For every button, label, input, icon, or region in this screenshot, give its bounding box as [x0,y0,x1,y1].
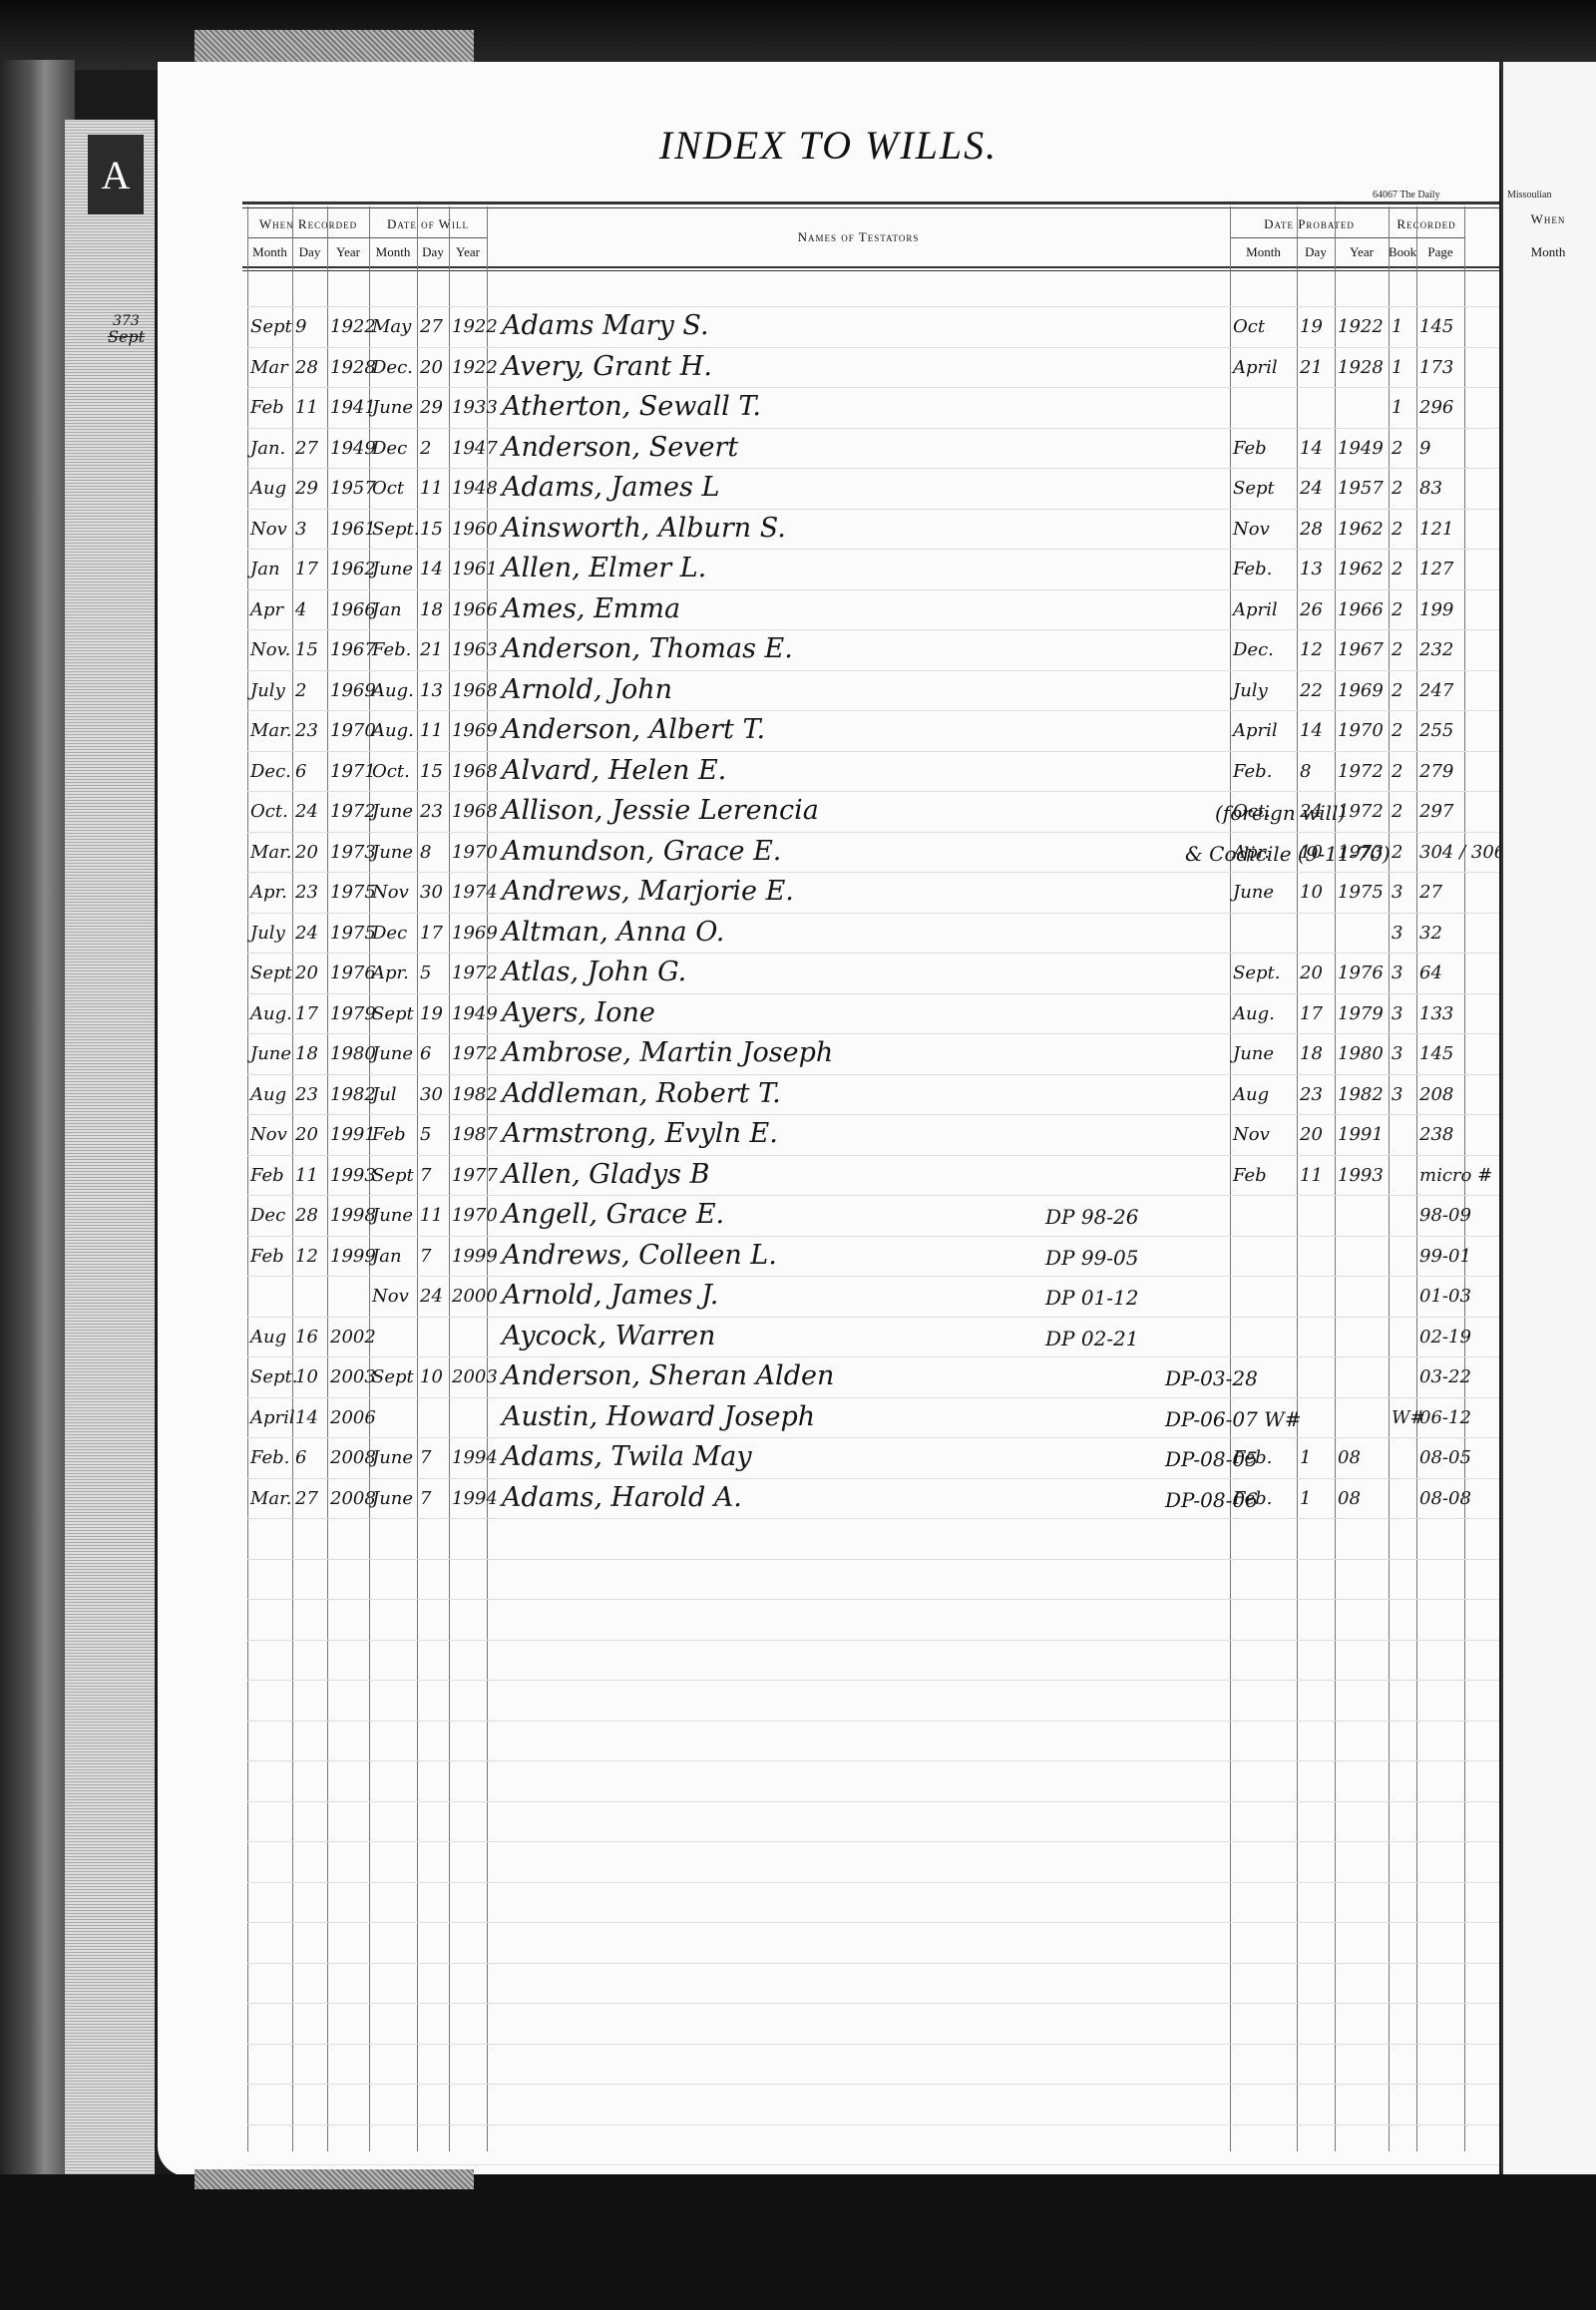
testator-name: Allison, Jessie Lerencia [502,795,819,826]
probated-month: Apr. [1233,842,1270,863]
ruled-line [247,1680,1499,1681]
recorded-month: April [250,1407,295,1428]
printer-mark: 64067 The Daily [1373,190,1440,200]
binding-band-bottom [195,2169,474,2189]
recorded-month: Jan. [250,438,285,459]
probated-year: 1972 [1338,761,1384,782]
header-month-right: Month [1503,244,1593,260]
testator-name: Altman, Anna O. [502,917,724,948]
recorded-month: Aug [250,478,286,499]
recorded-page: 02-19 [1419,1327,1471,1347]
will-month: June [372,842,413,863]
testator-name: Atlas, John G. [502,957,686,987]
recorded-month: Apr. [250,882,287,903]
header-willD-day: Day [417,244,449,260]
will-day: 14 [420,559,443,579]
entry-note: DP 02-21 [1045,1327,1139,1350]
recorded-book: 2 [1392,680,1402,701]
probated-month: Oct [1233,316,1265,337]
recorded-year: 2002 [330,1327,376,1347]
probated-month: Sept [1233,478,1275,499]
will-year: 1922 [452,357,498,378]
recorded-day: 6 [295,1447,306,1468]
recorded-book: 3 [1392,1084,1402,1105]
ruled-line [247,1559,1499,1560]
recorded-year: 1998 [330,1205,376,1226]
testator-name: Anderson, Sheran Alden [502,1360,834,1391]
recorded-day: 23 [295,720,318,741]
will-day: 8 [420,842,431,863]
header-willY-year: Year [449,244,487,260]
ruled-line [247,1760,1499,1761]
recorded-page: 296 [1419,397,1453,418]
recorded-page: 03-22 [1419,1366,1471,1387]
ruled-line [247,1437,1499,1438]
ruled-line [247,1356,1499,1357]
ruled-line [247,1074,1499,1075]
will-month: June [372,1205,413,1226]
entry-note: DP 98-26 [1045,1205,1139,1229]
recorded-page: 08-08 [1419,1488,1471,1509]
probated-year: 1966 [1338,599,1384,620]
probated-month: Nov [1233,1124,1270,1145]
recorded-page: 208 [1419,1084,1453,1105]
recorded-page: 99-01 [1419,1246,1471,1267]
will-month: Jan [372,1246,402,1267]
recorded-page: 121 [1419,519,1453,540]
probated-day: 24 [1300,801,1323,822]
ruled-line [247,2084,1499,2085]
recorded-year: 1993 [330,1165,376,1186]
recorded-page: 9 [1419,438,1430,459]
probated-month: Feb [1233,438,1267,459]
probated-year: 1975 [1338,882,1384,903]
probated-month: Nov [1233,519,1270,540]
will-month: Sept [372,1366,414,1387]
recorded-month: Nov. [250,639,290,660]
will-day: 7 [420,1246,431,1267]
probated-day: 14 [1300,720,1323,741]
will-day: 11 [420,720,443,741]
entry-note: DP 01-12 [1045,1286,1139,1310]
recorded-page: 145 [1419,316,1453,337]
will-day: 27 [420,316,443,337]
ruled-line [247,589,1499,590]
testator-name: Armstrong, Evyln E. [502,1118,778,1149]
will-month: Jan [372,599,402,620]
will-year: 1982 [452,1084,498,1105]
recorded-day: 10 [295,1366,318,1387]
header-bottom-rule-thin [242,270,1499,271]
column-divider [247,206,248,2151]
header-names-of-testators: Names of Testators [487,229,1230,245]
recorded-month: Nov [250,1124,287,1145]
recorded-book: 3 [1392,1043,1402,1064]
column-divider [292,206,293,2151]
recorded-month: Nov [250,519,287,540]
recorded-day: 2 [295,680,306,701]
recorded-page: 145 [1419,1043,1453,1064]
probated-year: 1969 [1338,680,1384,701]
ruled-line [247,1640,1499,1641]
probated-day: 10 [1300,882,1323,903]
will-year: 1961 [452,559,498,579]
recorded-page: 27 [1419,882,1442,903]
recorded-year: 1941 [330,397,376,418]
recorded-book: 1 [1392,316,1402,337]
probated-day: 23 [1300,1084,1323,1105]
testator-name: Adams Mary S. [502,310,709,341]
recorded-page: 08-05 [1419,1447,1471,1468]
probated-year: 08 [1338,1488,1361,1509]
probated-year: 1962 [1338,519,1384,540]
recorded-page: 06-12 [1419,1407,1471,1428]
recorded-year: 2003 [330,1366,376,1387]
will-day: 11 [420,478,443,499]
recorded-month: Feb [250,1246,284,1267]
probated-year: 1991 [1338,1124,1384,1145]
recorded-month: Oct. [250,801,288,822]
will-month: Nov [372,882,409,903]
will-day: 29 [420,397,443,418]
recorded-year: 1949 [330,438,376,459]
will-day: 30 [420,1084,443,1105]
recorded-book: 1 [1392,357,1402,378]
recorded-month: Apr [250,599,283,620]
recorded-year: 1975 [330,923,376,944]
recorded-day: 23 [295,1084,318,1105]
header-probY-year: Year [1335,244,1389,260]
recorded-month: Mar. [250,720,292,741]
probated-year: 1970 [1338,720,1384,741]
recorded-month: Aug [250,1327,286,1347]
testator-name: Atherton, Sewall T. [502,391,761,422]
recorded-day: 17 [295,559,318,579]
will-day: 17 [420,923,443,944]
recorded-book: 2 [1392,559,1402,579]
ruled-line [247,1518,1499,1519]
will-day: 5 [420,962,431,983]
ruled-line [247,913,1499,914]
entry-note: DP 99-05 [1045,1246,1139,1270]
recorded-page: 247 [1419,680,1453,701]
recorded-year: 1967 [330,639,376,660]
will-month: Dec. [372,357,413,378]
will-year: 1922 [452,316,498,337]
recorded-year: 1922 [330,316,376,337]
will-month: May [372,316,411,337]
header-probD-day: Day [1297,244,1335,260]
ruled-line [247,872,1499,873]
ruled-line [247,1922,1499,1923]
recorded-month: Mar [250,357,288,378]
ruled-line [247,832,1499,833]
testator-name: Ambrose, Martin Joseph [502,1037,833,1068]
will-year: 2003 [452,1366,498,1387]
will-year: 1969 [452,720,498,741]
column-divider [1230,206,1231,2151]
recorded-page: 83 [1419,478,1442,499]
will-month: Oct [372,478,404,499]
recorded-month: July [250,680,285,701]
will-month: Nov [372,1286,409,1307]
recorded-month: Feb [250,1165,284,1186]
column-divider [1297,206,1298,2151]
testator-name: Ayers, Ione [502,997,655,1028]
ruled-line [247,1155,1499,1156]
column-divider [1389,206,1390,2151]
will-year: 1970 [452,842,498,863]
testator-name: Anderson, Thomas E. [502,633,793,664]
recorded-page: 173 [1419,357,1453,378]
recorded-page: 304 / 306 [1419,842,1505,863]
recorded-book: 1 [1392,397,1402,418]
recorded-page: 297 [1419,801,1453,822]
will-day: 21 [420,639,443,660]
probated-day: 28 [1300,519,1323,540]
will-year: 1968 [452,801,498,822]
testator-name: Addleman, Robert T. [502,1078,781,1109]
recorded-year: 1971 [330,761,376,782]
recorded-book: 3 [1392,882,1402,903]
will-year: 1949 [452,1003,498,1024]
will-month: Apr. [372,962,409,983]
index-tab-letter[interactable]: A [88,135,144,214]
ruled-line [247,1963,1499,1964]
will-month: Aug. [372,680,414,701]
probated-month: June [1233,1043,1274,1064]
probated-day: 10 [1300,842,1323,863]
recorded-month: Jan [250,559,280,579]
recorded-year: 1980 [330,1043,376,1064]
will-year: 1947 [452,438,498,459]
will-day: 15 [420,519,443,540]
probated-month: Dec. [1233,639,1274,660]
testator-name: Adams, Twila May [502,1441,752,1472]
recorded-month: Dec [250,1205,285,1226]
will-year: 1974 [452,882,498,903]
probated-day: 13 [1300,559,1323,579]
probated-year: 1922 [1338,316,1384,337]
ruled-line [247,1317,1499,1318]
probated-day: 21 [1300,357,1323,378]
probated-month: Aug. [1233,1003,1275,1024]
testator-name: Arnold, James J. [502,1280,718,1311]
recorded-day: 23 [295,882,318,903]
will-month: Jul [372,1084,397,1105]
ruled-line [247,791,1499,792]
recorded-day: 28 [295,1205,318,1226]
will-day: 5 [420,1124,431,1145]
will-year: 1966 [452,599,498,620]
will-month: June [372,801,413,822]
testator-name: Allen, Elmer L. [502,553,706,583]
recorded-month: Aug [250,1084,286,1105]
will-year: 1987 [452,1124,498,1145]
will-year: 2000 [452,1286,498,1307]
recorded-month: Mar. [250,1488,292,1509]
will-month: Feb. [372,639,411,660]
recorded-year: 2008 [330,1488,376,1509]
header-date-probated: Date Probated [1230,216,1389,232]
recorded-book: 2 [1392,438,1402,459]
recorded-day: 20 [295,1124,318,1145]
ruled-line [247,1478,1499,1479]
recorded-day: 9 [295,316,306,337]
recorded-day: 20 [295,962,318,983]
margin-note-month: Sept [108,327,145,346]
recorded-day: 24 [295,923,318,944]
recorded-year: 1979 [330,1003,376,1024]
recorded-page: 64 [1419,962,1442,983]
header-sub-divider [247,237,487,238]
recorded-year: 2006 [330,1407,376,1428]
will-day: 24 [420,1286,443,1307]
header-recD-day: Day [292,244,327,260]
probated-month: Oct. [1233,801,1271,822]
will-year: 1960 [452,519,498,540]
recorded-book: 2 [1392,801,1402,822]
recorded-book: 2 [1392,842,1402,863]
recorded-month: July [250,923,285,944]
will-month: Feb [372,1124,406,1145]
probated-year: 1967 [1338,639,1384,660]
probated-month: June [1233,882,1274,903]
will-day: 11 [420,1205,443,1226]
entry-note: DP-06-07 W# [1165,1407,1301,1431]
will-day: 19 [420,1003,443,1024]
column-divider [327,206,328,2151]
recorded-day: 12 [295,1246,318,1267]
ruled-line [247,468,1499,469]
probated-month: Sept. [1233,962,1280,983]
header-probM-month: Month [1230,244,1297,260]
recorded-month: Aug. [250,1003,292,1024]
probated-month: Feb. [1233,1488,1272,1509]
recorded-year: 1973 [330,842,376,863]
testator-name: Angell, Grace E. [502,1199,724,1230]
probated-month: Feb [1233,1165,1267,1186]
will-day: 15 [420,761,443,782]
recorded-day: 4 [295,599,306,620]
facing-page-edge: Missoulian When Month [1501,62,1596,2176]
probated-day: 22 [1300,680,1323,701]
recorded-year: 1991 [330,1124,376,1145]
will-day: 7 [420,1447,431,1468]
header-when-right: When [1503,211,1593,227]
probated-month: Aug [1233,1084,1269,1105]
recorded-year: 1982 [330,1084,376,1105]
probated-year: 1973 [1338,842,1384,863]
will-year: 1970 [452,1205,498,1226]
ruled-line [247,953,1499,954]
ruled-line [247,993,1499,994]
will-year: 1994 [452,1447,498,1468]
testator-name: Arnold, John [502,674,672,705]
testator-name: Amundson, Grace E. [502,836,781,867]
will-day: 30 [420,882,443,903]
recorded-book: 2 [1392,519,1402,540]
probated-day: 11 [1300,1165,1323,1186]
recorded-year: 1976 [330,962,376,983]
will-month: June [372,559,413,579]
probated-month: April [1233,720,1278,741]
header-sub-divider-right [1230,237,1464,238]
testator-name: Anderson, Albert T. [502,714,765,745]
probated-day: 8 [1300,761,1311,782]
ruled-line [247,1114,1499,1115]
will-year: 1977 [452,1165,498,1186]
scan-background-bottom [0,2174,1596,2310]
ruled-line [247,2003,1499,2004]
will-year: 1999 [452,1246,498,1267]
probated-day: 14 [1300,438,1323,459]
recorded-month: Feb [250,397,284,418]
recorded-page: 199 [1419,599,1453,620]
probated-year: 1957 [1338,478,1384,499]
column-divider [417,206,418,2151]
testator-name: Ainsworth, Alburn S. [502,513,786,544]
will-month: June [372,397,413,418]
recorded-year: 1961 [330,519,376,540]
will-month: Oct. [372,761,410,782]
recorded-day: 11 [295,1165,318,1186]
printer-mark-right: Missoulian [1507,190,1551,200]
probated-day: 20 [1300,1124,1323,1145]
probated-month: Feb. [1233,761,1272,782]
probated-month: July [1233,680,1268,701]
testator-name: Adams, James L [502,472,719,503]
header-date-of-will: Date of Will [369,216,487,232]
recorded-book: 2 [1392,478,1402,499]
will-month: Dec [372,923,407,944]
ruled-line [247,1599,1499,1600]
probated-year: 1928 [1338,357,1384,378]
recorded-day: 18 [295,1043,318,1064]
will-year: 1968 [452,680,498,701]
recorded-day: 27 [295,1488,318,1509]
will-year: 1948 [452,478,498,499]
probated-year: 1972 [1338,801,1384,822]
probated-month: April [1233,599,1278,620]
column-divider [1335,206,1336,2151]
header-top-rule [242,201,1499,204]
will-month: June [372,1447,413,1468]
recorded-book: 3 [1392,923,1402,944]
ruled-line [247,1721,1499,1722]
probated-day: 26 [1300,599,1323,620]
will-day: 7 [420,1165,431,1186]
recorded-day: 15 [295,639,318,660]
will-day: 7 [420,1488,431,1509]
will-month: June [372,1488,413,1509]
recorded-day: 29 [295,478,318,499]
ruled-line [247,428,1499,429]
recorded-year: 1966 [330,599,376,620]
header-page-page: Page [1416,244,1464,260]
recorded-day: 16 [295,1327,318,1347]
ruled-line [247,1841,1499,1842]
probated-year: 1993 [1338,1165,1384,1186]
recorded-year: 1928 [330,357,376,378]
page-title: INDEX TO WILLS. [158,122,1499,169]
recorded-month: Sept [250,962,292,983]
will-year: 1963 [452,639,498,660]
recorded-book: 2 [1392,599,1402,620]
will-month: Dec [372,438,407,459]
header-recM-month: Month [247,244,292,260]
ruled-line [247,387,1499,388]
